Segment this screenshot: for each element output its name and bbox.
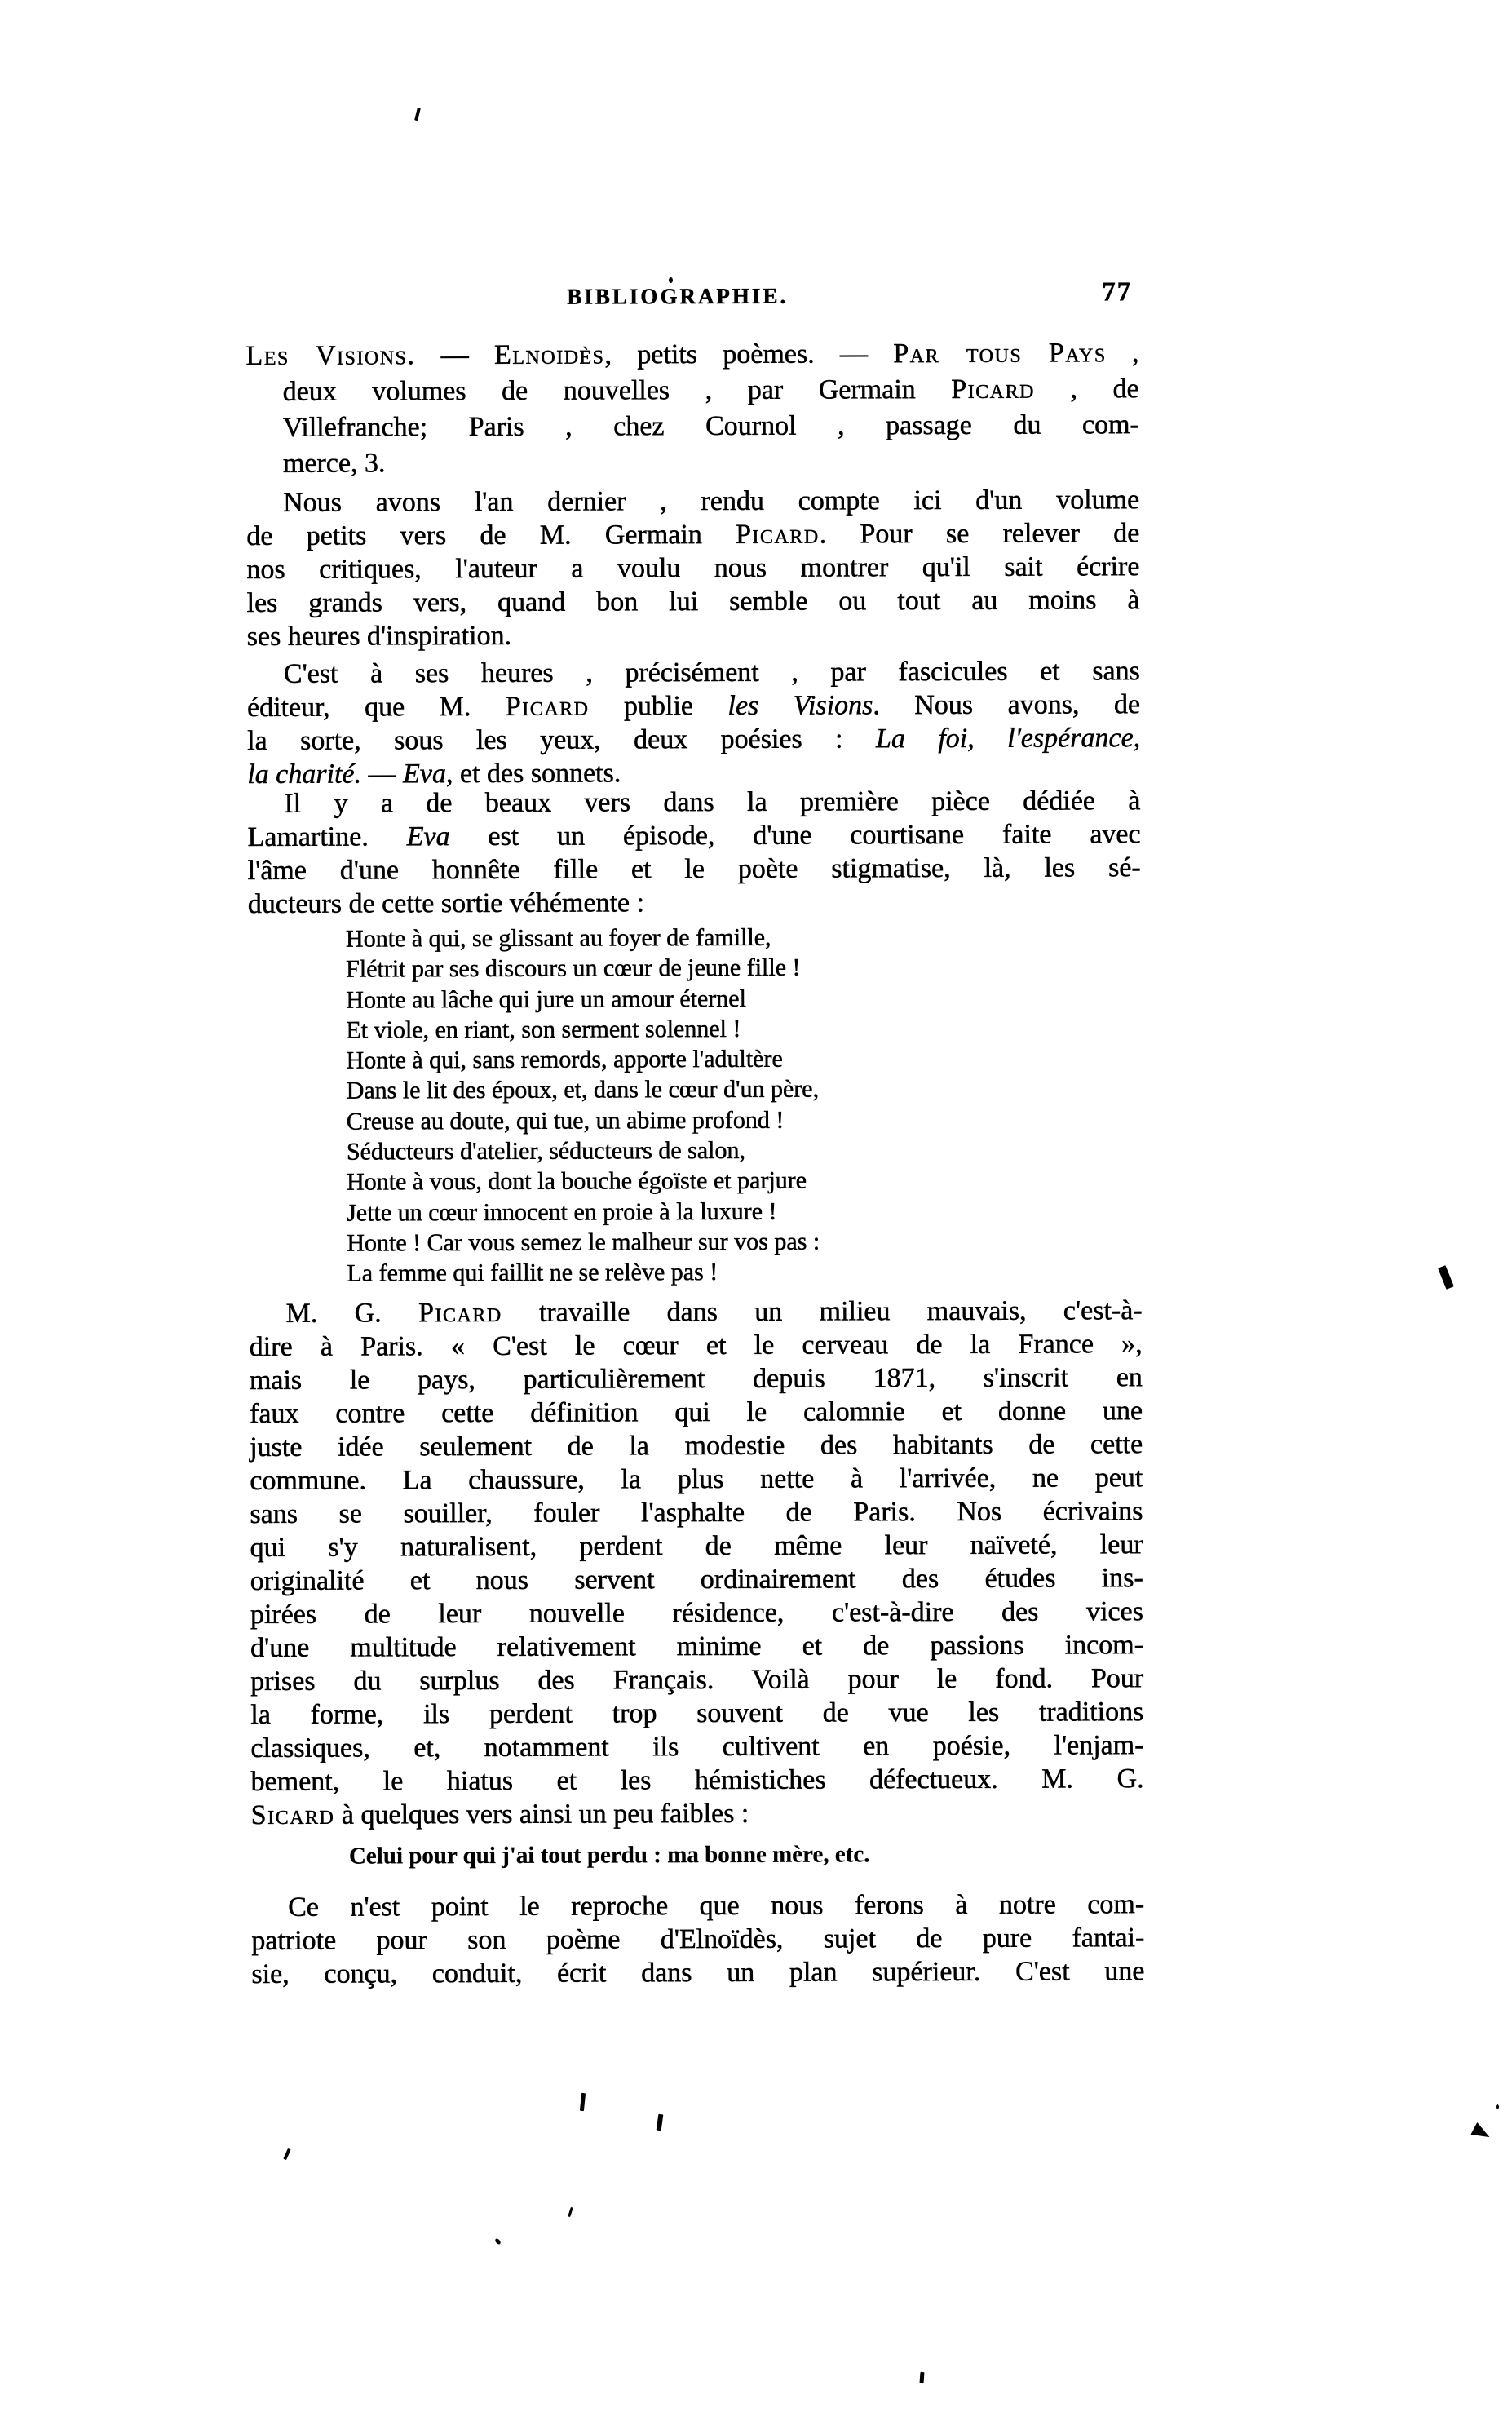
text-segment: d'une multitude relativement minime et d… [250, 1630, 1143, 1663]
page-background: BIBLIOGRAPHIE. 77 Les Visions. — Elnoidè… [0, 0, 1512, 2425]
text-segment: , [1107, 338, 1139, 368]
text-segment: C'est à ses heures , précisément , par f… [284, 656, 1140, 689]
text-line: éditeur, que M. Picard publie les Vision… [247, 688, 1140, 724]
text-segment: — [361, 759, 403, 789]
text-segment: Honte à qui, sans remords, apporte l'adu… [346, 1046, 782, 1074]
text-line: Creuse au doute, qui tue, un abime profo… [347, 1104, 820, 1136]
text-segment: Celui pour qui j'ai tout perdu : ma bonn… [349, 1841, 870, 1869]
text-line: faux contre cette définition qui le calo… [250, 1394, 1143, 1431]
text-line: pirées de leur nouvelle résidence, c'est… [250, 1595, 1143, 1631]
text-segment: publie [589, 691, 727, 722]
text-segment: La femme qui faillit ne se relève pas ! [347, 1259, 718, 1287]
text-line: sie, conçu, conduit, écrit dans un plan … [251, 1954, 1144, 1991]
ink-speck [920, 2372, 925, 2383]
small-caps-text: Les Visions. [245, 340, 415, 371]
text-segment: deux volumes de nouvelles , par Germain [283, 374, 952, 407]
text-line: juste idée seulement de la modestie des … [250, 1427, 1143, 1464]
text-line: prises du surplus des Français. Voilà po… [250, 1662, 1143, 1698]
small-caps-text: Par tous Pays [893, 338, 1106, 369]
text-segment: les grands vers, quand bon lui semble ou… [247, 585, 1140, 618]
text-segment: sie, conçu, conduit, écrit dans un plan … [251, 1956, 1144, 1989]
small-caps-text: Sicard [251, 1800, 335, 1830]
text-segment: faux contre cette définition qui le calo… [250, 1396, 1143, 1429]
small-caps-text: Elnoidès [494, 339, 605, 370]
text-segment: nos critiques, l'auteur a voulu nous mon… [246, 551, 1139, 585]
ink-speck [568, 2207, 573, 2217]
text-line: bement, le hiatus et les hémistiches déf… [251, 1762, 1144, 1799]
text-segment: juste idée seulement de la modestie des … [250, 1429, 1143, 1463]
text-segment: la sorte, sous les yeux, deux poésies : [247, 724, 876, 756]
text-line: Honte ! Car vous semez le malheur sur vo… [347, 1227, 820, 1259]
text-segment: merce, 3. [283, 448, 386, 478]
text-segment: ducteurs de cette sortie véhémente : [248, 887, 644, 919]
text-segment: à quelques vers ainsi un peu faibles : [334, 1799, 749, 1830]
text-line: qui s'y naturalisent, perdent de même le… [250, 1528, 1143, 1564]
text-line: originalité et nous servent ordinairemen… [250, 1561, 1143, 1598]
italic-text: Eva [403, 759, 446, 789]
italic-text: La foi, l'espérance, [876, 723, 1140, 754]
text-segment: Il y a de beaux vers dans la première pi… [284, 785, 1140, 819]
text-segment: ses heures d'inspiration. [247, 621, 511, 652]
text-line: Les Visions. — Elnoidès, petits poèmes. … [245, 335, 1138, 374]
text-line: La femme qui faillit ne se relève pas ! [347, 1257, 820, 1289]
paragraph: Ce n'est point le reproche que nous fero… [251, 1887, 1144, 1991]
text-segment: Villefranche; Paris , chez Cournol , pas… [283, 409, 1139, 443]
text-line: merce, 3. [246, 443, 1139, 482]
ink-speck [580, 2093, 586, 2111]
text-line: ses heures d'inspiration. [247, 617, 1140, 653]
text-line: Villefranche; Paris , chez Cournol , pas… [246, 407, 1139, 446]
text-segment: Honte à vous, dont la bouche égoïste et … [347, 1167, 807, 1196]
text-segment: Honte à qui, se glissant au foyer de fam… [346, 924, 771, 953]
text-segment: prises du surplus des Français. Voilà po… [250, 1663, 1143, 1697]
text-segment: Creuse au doute, qui tue, un abime profo… [347, 1106, 785, 1135]
ink-speck [657, 2114, 664, 2131]
text-line: sans se souiller, fouler l'asphalte de P… [250, 1494, 1143, 1531]
text-line: Honte à qui, sans remords, apporte l'adu… [346, 1044, 819, 1076]
text-segment: commune. La chaussure, la plus nette à l… [250, 1463, 1143, 1496]
italic-text: les Visions [727, 690, 873, 721]
text-line: Celui pour qui j'ai tout perdu : ma bonn… [349, 1839, 870, 1872]
paragraph: Nous avons l'an dernier , rendu compte i… [246, 483, 1140, 653]
text-segment: Et viole, en riant, son serment solennel… [346, 1016, 741, 1044]
text-segment: bement, le hiatus et les hémistiches déf… [251, 1763, 1144, 1797]
page-title: BIBLIOGRAPHIE. [231, 282, 1124, 311]
text-line: les grands vers, quand bon lui semble ou… [247, 583, 1140, 620]
scanned-book-page: { "header": { "title": "BIBLIOGRAPHIE.",… [0, 0, 1512, 2425]
text-line: commune. La chaussure, la plus nette à l… [250, 1461, 1143, 1498]
text-segment: M. G. [286, 1298, 419, 1329]
text-segment: , de [1035, 374, 1139, 404]
text-line: Jette un cœur innocent en proie à la lux… [347, 1196, 820, 1228]
paragraph: M. G. Picard travaille dans un milieu ma… [250, 1294, 1144, 1832]
small-caps-text: Picard [951, 374, 1035, 405]
text-segment: Séducteurs d'atelier, séducteurs de salo… [347, 1137, 745, 1166]
text-line: Ce n'est point le reproche que nous fero… [251, 1887, 1144, 1924]
ink-speck [1438, 1265, 1454, 1290]
verse-citation: Celui pour qui j'ai tout perdu : ma bonn… [349, 1839, 870, 1872]
text-line: C'est à ses heures , précisément , par f… [247, 654, 1140, 691]
text-segment: de petits vers de M. Germain [246, 520, 736, 551]
text-line: l'âme d'une honnête fille et le poète st… [248, 851, 1141, 887]
text-segment: Honte au lâche qui jure un amour éternel [346, 985, 746, 1013]
text-segment: la forme, ils perdent trop souvent de vu… [250, 1697, 1143, 1730]
text-segment: travaille dans un milieu mauvais, c'est-… [502, 1295, 1143, 1328]
text-segment: est un épisode, d'une courtisane faite a… [449, 819, 1140, 852]
text-line: d'une multitude relativement minime et d… [250, 1628, 1143, 1665]
ink-speck [414, 108, 421, 121]
text-line: Lamartine. Eva est un épisode, d'une cou… [248, 817, 1141, 854]
small-caps-text: Picard [418, 1298, 502, 1328]
ink-speck [283, 2148, 290, 2160]
text-segment: . Pour se relever de [820, 518, 1140, 549]
ink-speck [1496, 2104, 1499, 2109]
text-segment: Flétrit par ses discours un cœur de jeun… [346, 954, 800, 983]
text-segment: , petits poèmes. — [604, 339, 893, 370]
page-number: 77 [1102, 277, 1132, 308]
text-segment: classiques, et, notamment ils cultivent … [250, 1730, 1143, 1763]
running-head: BIBLIOGRAPHIE. 77 [245, 282, 1138, 318]
text-line: Il y a de beaux vers dans la première pi… [247, 784, 1140, 821]
text-segment: originalité et nous servent ordinairemen… [250, 1563, 1143, 1596]
text-segment: Dans le lit des époux, et, dans le cœur … [347, 1076, 820, 1104]
ink-speck [494, 2237, 502, 2245]
text-segment: — [415, 340, 494, 370]
text-line: dire à Paris. « C'est le cœur et le cerv… [250, 1327, 1143, 1364]
verse-quotation: Honte à qui, se glissant au foyer de fam… [346, 923, 820, 1290]
bibliography-entry: Les Visions. — Elnoidès, petits poèmes. … [245, 335, 1139, 482]
text-segment: sans se souiller, fouler l'asphalte de P… [250, 1496, 1143, 1529]
text-segment: patriote pour son poème d'Elnoïdès, suje… [251, 1923, 1144, 1956]
text-segment: éditeur, que M. [247, 692, 506, 723]
italic-text: Eva [407, 821, 450, 852]
text-line: Honte à qui, se glissant au foyer de fam… [346, 923, 819, 954]
text-segment: pirées de leur nouvelle résidence, c'est… [250, 1596, 1143, 1630]
ink-speck [1470, 2122, 1492, 2143]
text-line: nos critiques, l'auteur a voulu nous mon… [246, 550, 1139, 586]
text-line: Sicard à quelques vers ainsi un peu faib… [251, 1795, 1144, 1832]
text-line: Honte au lâche qui jure un amour éternel [346, 983, 819, 1015]
text-segment: Nous avons l'an dernier , rendu compte i… [283, 485, 1139, 518]
text-segment: Lamartine. [248, 821, 407, 852]
text-line: patriote pour son poème d'Elnoïdès, suje… [251, 1921, 1144, 1958]
italic-text: la charité. [247, 759, 361, 790]
text-segment: Honte ! Car vous semez le malheur sur vo… [347, 1228, 820, 1257]
text-line: Dans le lit des époux, et, dans le cœur … [347, 1074, 820, 1106]
text-line: ducteurs de cette sortie véhémente : [248, 884, 1141, 921]
paragraph: Il y a de beaux vers dans la première pi… [247, 784, 1141, 921]
text-segment: , et des sonnets. [446, 758, 621, 789]
text-line: Nous avons l'an dernier , rendu compte i… [246, 483, 1139, 520]
text-segment: . Nous avons, de [873, 689, 1140, 720]
small-caps-text: Picard [506, 692, 590, 722]
small-caps-text: Picard [736, 520, 820, 550]
text-line: Et viole, en riant, son serment solennel… [346, 1013, 819, 1045]
text-line: de petits vers de M. Germain Picard. Pou… [246, 516, 1139, 553]
text-segment: Jette un cœur innocent en proie à la lux… [347, 1197, 776, 1226]
text-segment: l'âme d'une honnête fille et le poète st… [248, 852, 1141, 886]
text-line: la sorte, sous les yeux, deux poésies : … [247, 721, 1140, 758]
text-segment: mais le pays, particulièrement depuis 18… [250, 1362, 1143, 1396]
ink-speck [669, 277, 673, 283]
text-segment: Ce n'est point le reproche que nous fero… [288, 1889, 1144, 1923]
text-segment: qui s'y naturalisent, perdent de même le… [250, 1529, 1143, 1563]
text-line: la forme, ils perdent trop souvent de vu… [250, 1695, 1143, 1732]
text-line: mais le pays, particulièrement depuis 18… [250, 1361, 1143, 1397]
text-line: Honte à vous, dont la bouche égoïste et … [347, 1166, 820, 1197]
text-line: deux volumes de nouvelles , par Germain … [246, 371, 1139, 410]
text-segment: dire à Paris. « C'est le cœur et le cerv… [250, 1329, 1143, 1362]
text-line: M. G. Picard travaille dans un milieu ma… [250, 1294, 1143, 1330]
paragraph: C'est à ses heures , précisément , par f… [247, 654, 1141, 791]
text-line: Séducteurs d'atelier, séducteurs de salo… [347, 1135, 820, 1167]
text-line: Flétrit par ses discours un cœur de jeun… [346, 953, 819, 985]
text-line: classiques, et, notamment ils cultivent … [250, 1728, 1143, 1765]
